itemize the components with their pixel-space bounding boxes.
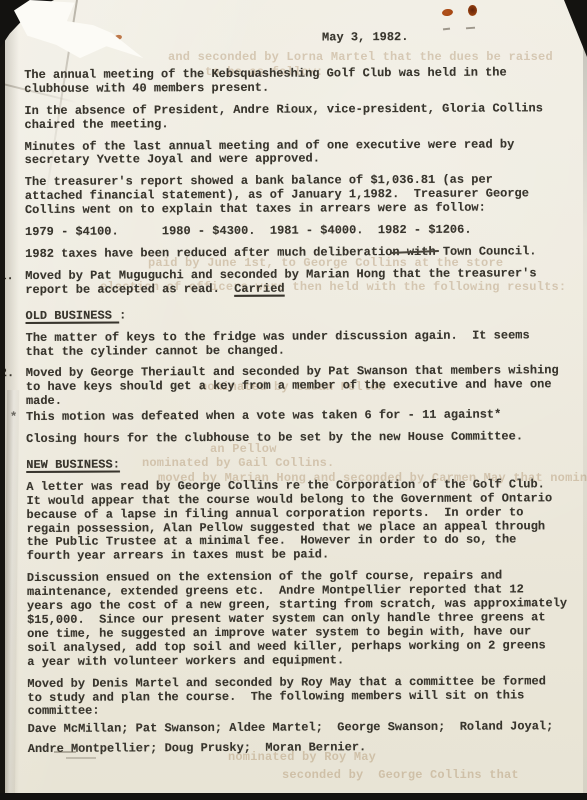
text-segment: that the cylinder cannot be changed. (26, 343, 285, 358)
paragraph: Moved by Denis Martel and seconded by Ro… (27, 675, 578, 720)
text-line: The annual meeting of the Kebsquasheshin… (24, 66, 575, 83)
section-heading: OLD BUSINESS : (25, 307, 576, 324)
paragraph: The annual meeting of the Kebsquasheshin… (24, 66, 575, 97)
scanner-edge-left (0, 0, 5, 800)
text-line: Dave McMillan; Pat Swanson; Aldee Martel… (28, 720, 579, 737)
text-line: NEW BUSINESS: (26, 456, 577, 473)
paragraph: The matter of keys to the fridge was und… (26, 329, 577, 360)
text-line: This motion was defeated when a vote was… (26, 408, 577, 425)
text-segment: committee: (28, 704, 100, 718)
text-line: Andre Montpellier; Doug Prusky; Moran Be… (28, 740, 579, 757)
text-segment: fourth year arrears in taxes must be pai… (27, 548, 330, 564)
text-segment: Town Council. (436, 244, 537, 259)
text-segment: to study and plan the course. The follow… (27, 688, 524, 705)
text-line: 1982 taxes have been reduced after much … (25, 245, 576, 262)
text-line: Moved by Pat Muguguchi and seconded by M… (25, 267, 576, 284)
text-line: secretary Yvette Joyal and were approved… (25, 152, 576, 169)
section-heading: NEW BUSINESS: (26, 456, 577, 473)
text-line: The matter of keys to the fridge was und… (26, 329, 577, 346)
text-segment: In the absence of President, Andre Rioux… (24, 101, 543, 118)
bleedthrough-text: seconded by George Collins that (282, 768, 519, 782)
text-line: a year with volunteer workers and equipm… (27, 653, 578, 670)
rust-stain (468, 5, 477, 16)
text-segment: 1979 - $4100. 1980 - $4300. 1981 - $4000… (25, 223, 472, 239)
numbered-motion: 1.Moved by Pat Muguguchi and seconded by… (25, 267, 576, 298)
text-segment: Dave McMillan; Pat Swanson; Aldee Martel… (28, 720, 554, 737)
text-line: Collins went on to explain that taxes in… (25, 201, 576, 218)
paragraph: The treasurer's report showed a bank bal… (25, 173, 576, 218)
text-segment: to have keys should get a key from a mem… (26, 378, 552, 395)
text-segment: report be accepted as read. (25, 282, 234, 297)
paragraph: 1982 taxes have been reduced after much … (25, 245, 576, 262)
text-segment: soil analysed, add top soil and weed kil… (27, 638, 546, 655)
rust-stain (442, 8, 454, 16)
paragraph: Discussion ensued on the extension of th… (27, 569, 579, 669)
text-line: clubhouse with 40 members present. (24, 80, 575, 97)
staple-mark (466, 27, 475, 30)
pen-mark (66, 757, 96, 759)
document-content: May 3, 1982. The annual meeting of the K… (24, 30, 579, 757)
paragraph: Closing hours for the clubhouse to be se… (26, 430, 577, 447)
text-segment: Minutes of the last annual meeting and o… (25, 137, 515, 154)
numbered-motion: 2.Moved by George Theriault and seconded… (26, 365, 577, 410)
paragraph: A letter was read by George Collins re t… (26, 478, 577, 564)
text-segment: Moved by Pat Muguguchi and seconded by M… (25, 266, 536, 283)
text-segment: secretary Yvette Joyal and were approved… (25, 152, 320, 168)
text-line: In the absence of President, Andre Rioux… (24, 102, 575, 119)
text-line: fourth year arrears in taxes must be pai… (27, 547, 578, 564)
underlined-text: Carried (234, 281, 284, 295)
paragraph: Minutes of the last annual meeting and o… (25, 138, 576, 169)
document-body: The annual meeting of the Kebsquasheshin… (24, 66, 579, 757)
pen-mark (54, 751, 76, 753)
text-segment: The matter of keys to the fridge was und… (26, 328, 530, 345)
pen-strike-word: with (407, 245, 436, 259)
text-line: Closing hours for the clubhouse to be se… (26, 430, 577, 447)
document-date: May 3, 1982. (322, 30, 575, 45)
scanned-document-page: and seconded by Lorna Martel that the du… (0, 0, 587, 800)
text-segment: the Public Trustee at a minimal fee. How… (27, 533, 517, 550)
text-line: committee: (28, 703, 579, 720)
text-line: report be accepted as read. Carried (25, 281, 576, 298)
text-line: that the cylinder cannot be changed. (26, 343, 577, 360)
text-segment: Andre Montpellier; Doug Prusky; Moran Be… (28, 740, 367, 756)
committee-names: Dave McMillan; Pat Swanson; Aldee Martel… (28, 720, 579, 757)
underlined-text: NEW BUSINESS: (26, 457, 120, 471)
text-segment: Collins went on to explain that taxes in… (25, 201, 486, 217)
text-segment: 1982 taxes have been reduced after much … (25, 245, 407, 261)
text-line: made. (26, 392, 577, 409)
text-segment: chaired the meeting. (24, 117, 168, 132)
text-segment: a year with volunteer workers and equipm… (27, 653, 344, 669)
text-line: chaired the meeting. (24, 116, 575, 133)
text-segment: This motion was defeated when a vote was… (26, 408, 501, 424)
text-segment: : (119, 308, 126, 322)
paragraph: In the absence of President, Andre Rioux… (24, 102, 575, 133)
text-line: OLD BUSINESS : (25, 307, 576, 324)
right-edge-shadow (583, 0, 587, 800)
text-segment: The annual meeting of the Kebsquasheshin… (24, 65, 507, 82)
text-segment: Closing hours for the clubhouse to be se… (26, 429, 523, 446)
vote-result-note: *This motion was defeated when a vote wa… (26, 408, 577, 425)
scanner-edge-bottom (0, 793, 587, 800)
underlined-text: OLD BUSINESS (25, 308, 119, 322)
text-line: 1979 - $4100. 1980 - $4300. 1981 - $4000… (25, 223, 576, 240)
left-edge-shadow (5, 0, 19, 800)
text-segment: made. (26, 394, 62, 408)
tax-arrears-row: 1979 - $4100. 1980 - $4300. 1981 - $4000… (25, 223, 576, 240)
